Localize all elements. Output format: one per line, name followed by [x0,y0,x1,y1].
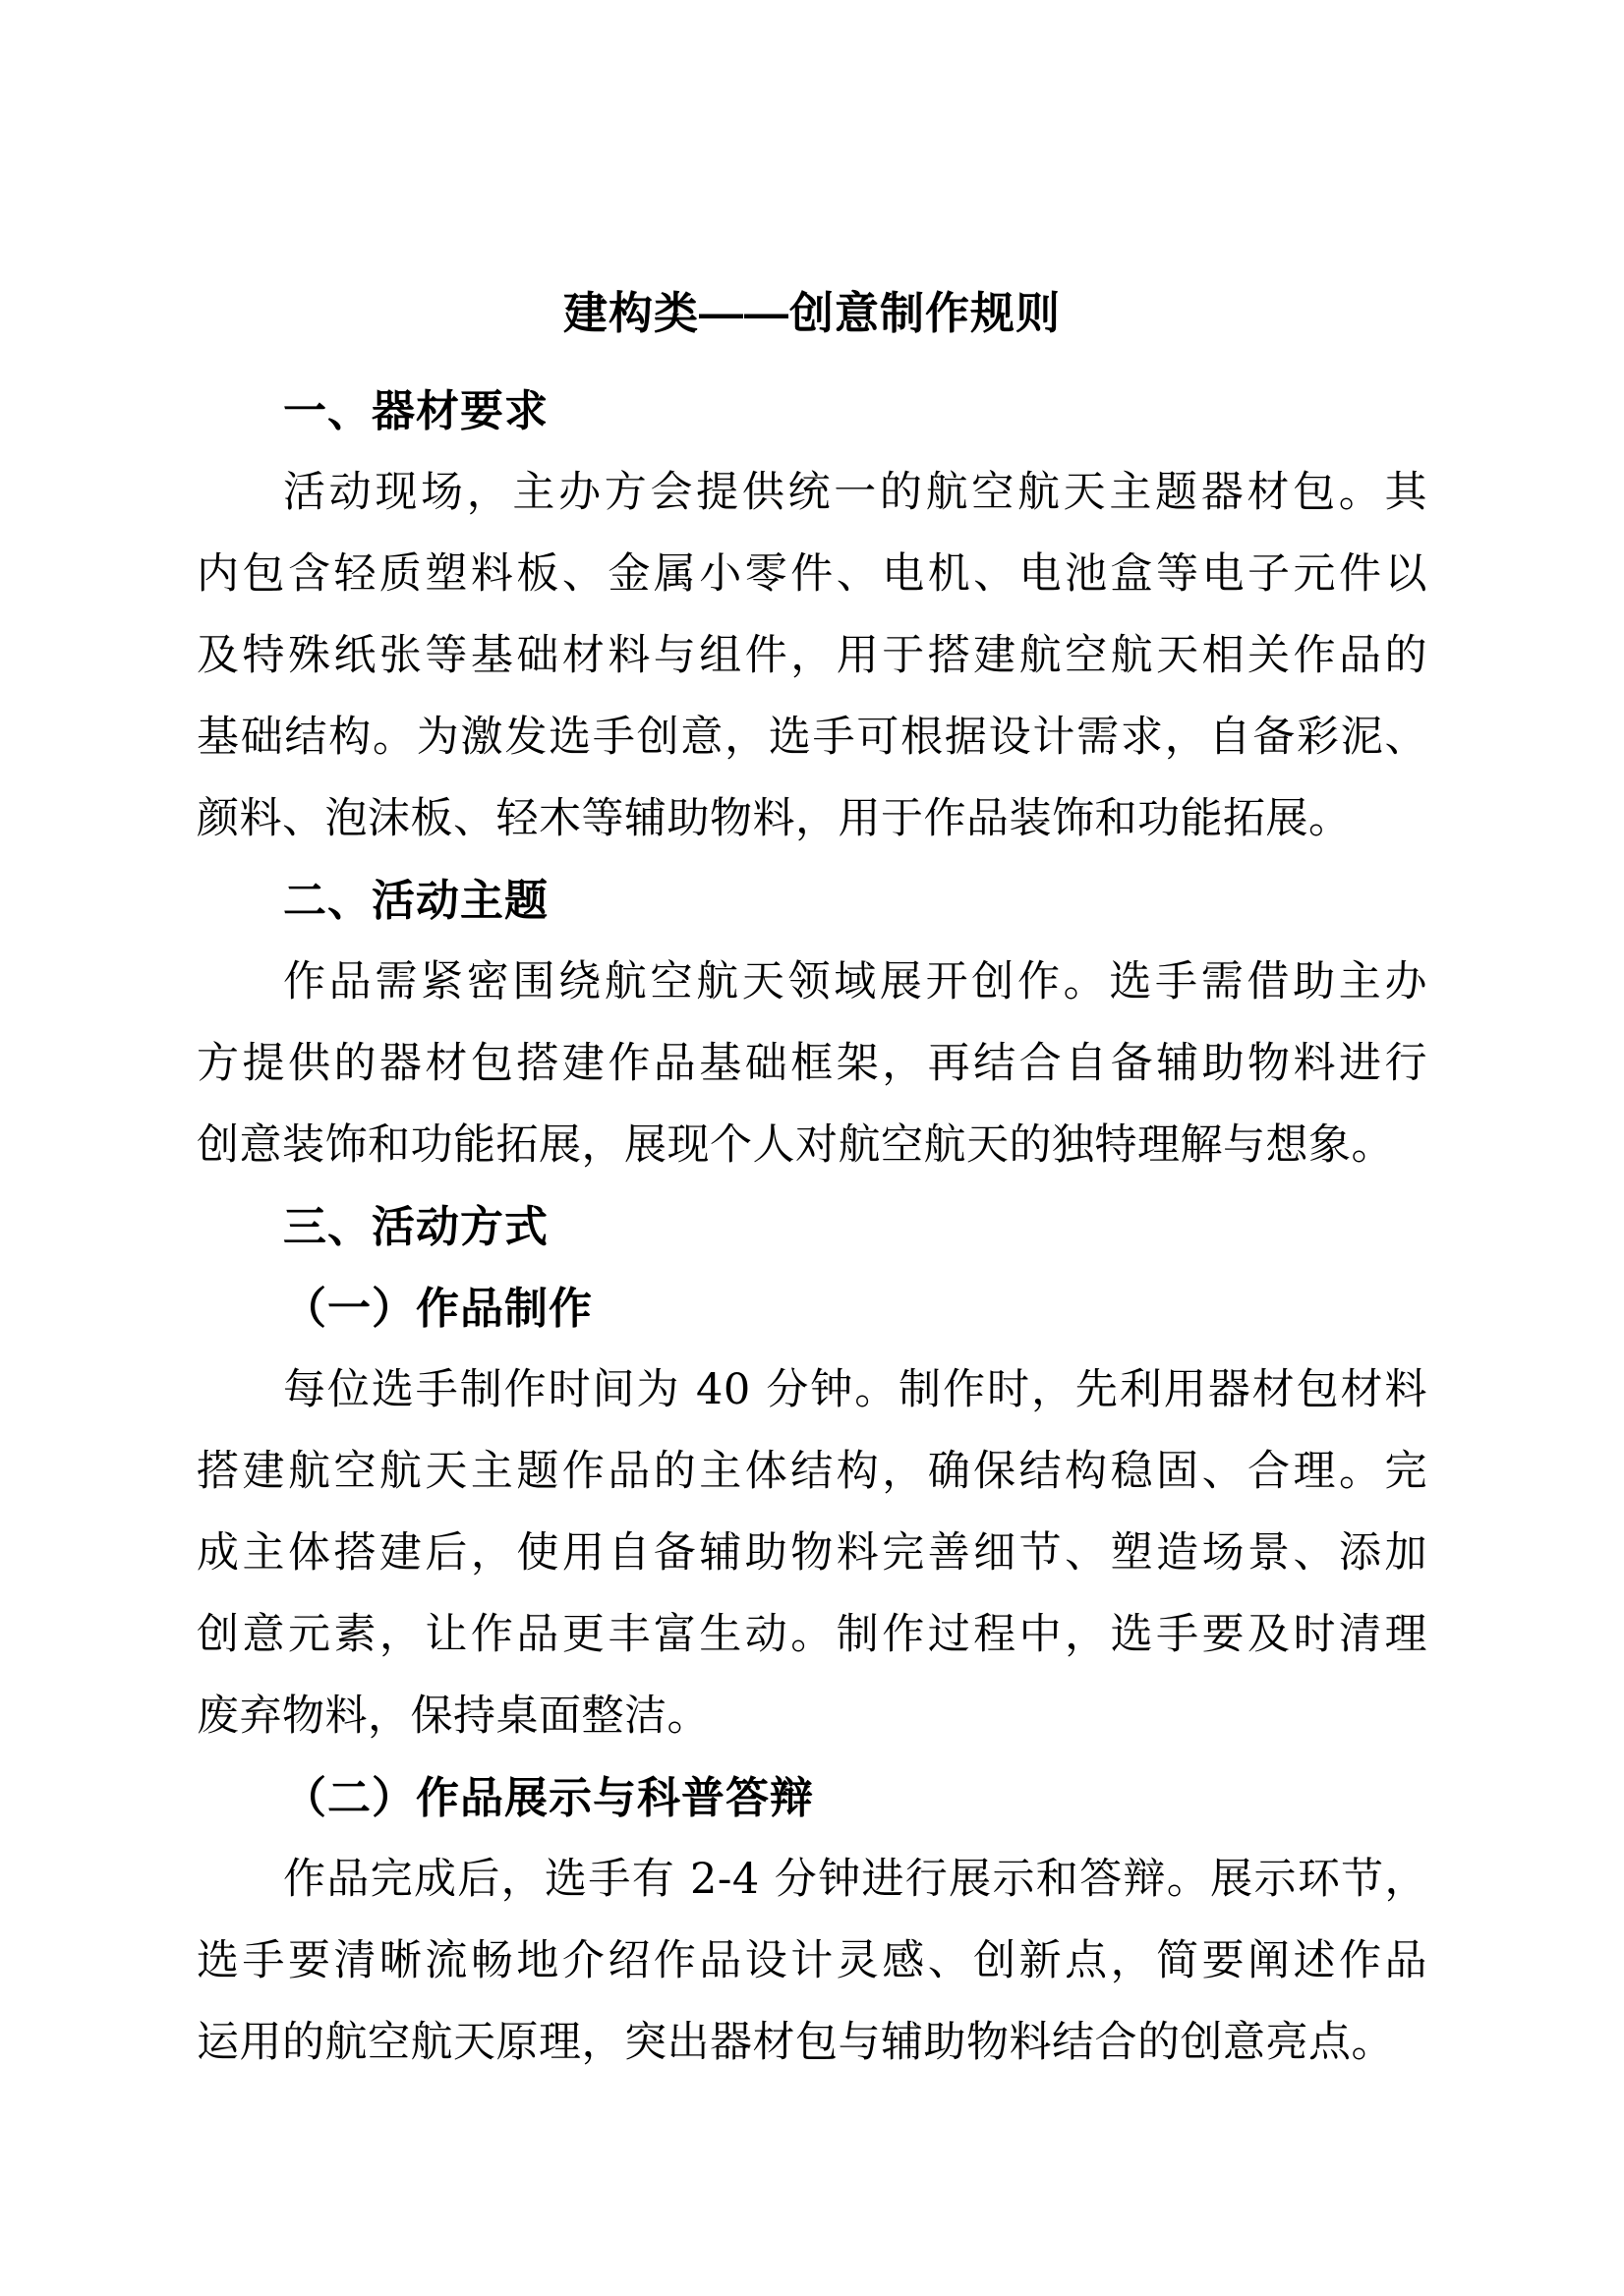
text-line: 搭建航空航天主题作品的主体结构，确保结构稳固、合理。完 [197,1431,1427,1513]
text-line: 作品完成后，选手有 2-4 分钟进行展示和答辩。展示环节， [197,1839,1427,1921]
paragraph-presentation: 作品完成后，选手有 2-4 分钟进行展示和答辩。展示环节， 选手要清晰流畅地介绍… [197,1839,1427,2084]
text-line: 运用的航空航天原理，突出器材包与辅助物料结合的创意亮点。 [197,2002,1427,2084]
text-line: 废弃物料，保持桌面整洁。 [197,1676,1427,1757]
text-line: 基础结构。为激发选手创意，选手可根据设计需求，自备彩泥、 [197,697,1427,778]
text-line: 活动现场，主办方会提供统一的航空航天主题器材包。其 [197,452,1427,534]
section-heading-theme: 二、活动主题 [197,860,1427,942]
paragraph-equipment: 活动现场，主办方会提供统一的航空航天主题器材包。其 内包含轻质塑料板、金属小零件… [197,452,1427,860]
text-line: 颜料、泡沫板、轻木等辅助物料，用于作品装饰和功能拓展。 [197,778,1427,860]
page-title: 建构类——创意制作规则 [197,272,1427,354]
paragraph-making: 每位选手制作时间为 40 分钟。制作时，先利用器材包材料 搭建航空航天主题作品的… [197,1349,1427,1757]
text-line: 内包含轻质塑料板、金属小零件、电机、电池盒等电子元件以 [197,534,1427,615]
text-line: 创意装饰和功能拓展，展现个人对航空航天的独特理解与想象。 [197,1105,1427,1186]
text-line: 选手要清晰流畅地介绍作品设计灵感、创新点，简要阐述作品 [197,1921,1427,2002]
text-line: 每位选手制作时间为 40 分钟。制作时，先利用器材包材料 [197,1349,1427,1431]
subsection-heading-making: （一）作品制作 [197,1268,1427,1349]
text-line: 及特殊纸张等基础材料与组件，用于搭建航空航天相关作品的 [197,615,1427,697]
section-heading-format: 三、活动方式 [197,1186,1427,1268]
text-line: 创意元素，让作品更丰富生动。制作过程中，选手要及时清理 [197,1594,1427,1676]
paragraph-theme: 作品需紧密围绕航空航天领域展开创作。选手需借助主办 方提供的器材包搭建作品基础框… [197,942,1427,1186]
document-page: 建构类——创意制作规则 一、器材要求 活动现场，主办方会提供统一的航空航天主题器… [0,0,1624,2296]
text-line: 方提供的器材包搭建作品基础框架，再结合自备辅助物料进行 [197,1023,1427,1105]
section-heading-equipment: 一、器材要求 [197,371,1427,452]
text-line: 成主体搭建后，使用自备辅助物料完善细节、塑造场景、添加 [197,1513,1427,1594]
text-line: 作品需紧密围绕航空航天领域展开创作。选手需借助主办 [197,942,1427,1023]
subsection-heading-presentation: （二）作品展示与科普答辩 [197,1757,1427,1839]
